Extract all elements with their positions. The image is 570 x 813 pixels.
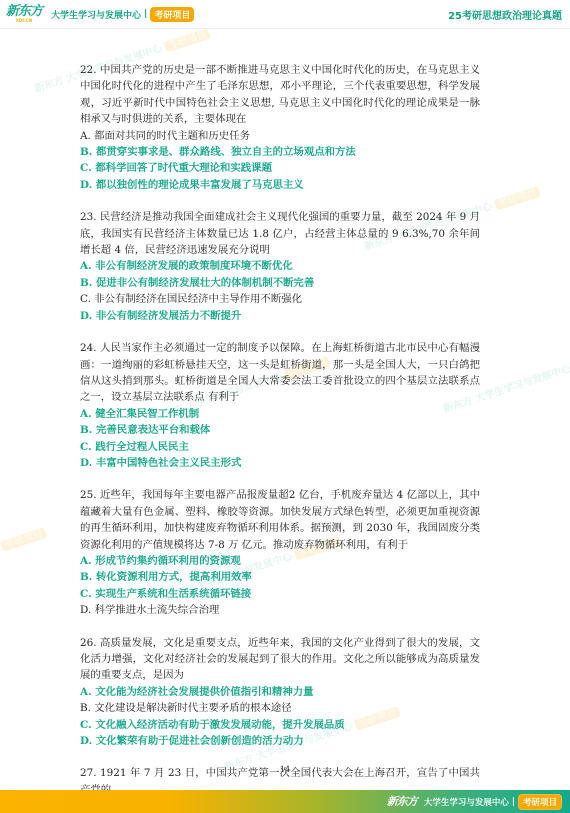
question-25: 25. 近些年，我国每年主要电器产品报废量超2 亿台，手机废弃量达 4 亿部以上…	[80, 487, 480, 618]
option-a: A. 非公有制经济发展的政策制度环境不断优化	[80, 258, 480, 274]
option-a: A. 形成节约集约循环利用的资源观	[80, 553, 480, 569]
question-23: 23. 民营经济是推动我国全面建成社会主义现代化强国的重要力量，截至 2024 …	[80, 209, 480, 324]
option-c: C. 实现生产系统和生活系统循环链接	[80, 586, 480, 602]
question-stem: 24. 人民当家作主必须通过一定的制度予以保障。在上海虹桥街道古北市民中心有幅漫…	[80, 340, 480, 406]
project-badge: 考研项目	[150, 7, 194, 22]
option-a: A. 健全汇集民智工作机制	[80, 406, 480, 422]
center-name: 大学生学习与发展中心	[424, 796, 509, 808]
option-d: D. 都以独创性的理论成果丰富发展了马克思主义	[80, 177, 480, 193]
project-badge: 考研项目	[518, 794, 562, 810]
xdf-logo: 新东方 XDF.CN	[6, 5, 42, 23]
option-c: C. 都科学回答了时代重大理论和实践课题	[80, 160, 480, 176]
header-separator: |	[144, 9, 147, 19]
option-b: B. 都贯穿实事求是、群众路线、独立自主的立场观点和方法	[80, 144, 480, 160]
logo-subtext: XDF.CN	[6, 19, 42, 23]
option-b: B. 文化建设是解决新时代主要矛盾的根本途径	[80, 700, 480, 716]
option-d: D. 丰富中国特色社会主义民主形式	[80, 455, 480, 471]
option-b: B. 完善民意表达平台和载体	[80, 422, 480, 438]
question-24: 24. 人民当家作主必须通过一定的制度予以保障。在上海虹桥街道古北市民中心有幅漫…	[80, 340, 480, 471]
center-name: 大学生学习与发展中心	[51, 8, 141, 21]
page-footer: 新东方 大学生学习与发展中心 | 考研项目	[0, 790, 570, 813]
option-d: D. 文化繁荣有助于促进社会创新创造的活力动力	[80, 733, 480, 749]
page-header: 新东方 XDF.CN 大学生学习与发展中心 | 考研项目 25考研思想政治理论真…	[0, 0, 570, 29]
xdf-logo: 新东方	[387, 796, 417, 807]
logo-text: 新东方	[387, 795, 417, 808]
option-d: D. 科学推进水土流失综合治理	[80, 602, 480, 618]
option-a: A. 文化能为经济社会发展提供价值指引和精神力量	[80, 684, 480, 700]
question-stem: 25. 近些年，我国每年主要电器产品报废量超2 亿台，手机废弃量达 4 亿部以上…	[80, 487, 480, 553]
question-22: 22. 中国共产党的历史是一部不断推进马克思主义中国化时代化的历史，在马克思主义…	[80, 62, 480, 193]
option-c: C. 践行全过程人民民主	[80, 439, 480, 455]
header-brand: 新东方 XDF.CN 大学生学习与发展中心 | 考研项目	[6, 5, 194, 23]
question-list: 22. 中国共产党的历史是一部不断推进马克思主义中国化时代化的历史，在马克思主义…	[80, 62, 480, 813]
option-c: C. 文化融入经济活动有助于激发发展动能，提升发展品质	[80, 717, 480, 733]
option-a: A. 都面对共同的时代主题和历史任务	[80, 128, 480, 144]
option-c: C. 非公有制经济在国民经济中主导作用不断强化	[80, 291, 480, 307]
page-number: 14	[0, 765, 570, 774]
option-b: B. 转化资源利用方式，提高利用效率	[80, 569, 480, 585]
question-26: 26. 高质量发展，文化是重要支点，近些年来，我国的文化产业得到了很大的发展，文…	[80, 635, 480, 750]
option-d: D. 非公有制经济发展活力不断提升	[80, 308, 480, 324]
logo-text: 新东方	[6, 4, 42, 19]
question-stem: 26. 高质量发展，文化是重要支点，近些年来，我国的文化产业得到了很大的发展，文…	[80, 635, 480, 684]
question-stem: 22. 中国共产党的历史是一部不断推进马克思主义中国化时代化的历史，在马克思主义…	[80, 62, 480, 128]
option-b: B. 促进非公有制经济发展壮大的体制机制不断完善	[80, 275, 480, 291]
document-title: 25考研思想政治理论真题	[448, 7, 562, 22]
watermark: 考研项目	[0, 523, 47, 551]
question-stem: 23. 民营经济是推动我国全面建成社会主义现代化强国的重要力量，截至 2024 …	[80, 209, 480, 258]
footer-separator: |	[512, 797, 515, 807]
